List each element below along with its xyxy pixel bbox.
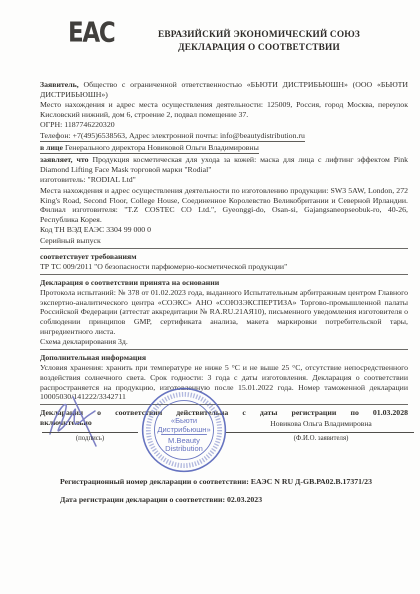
applicant-paragraph: Заявитель, Общество с ограниченной ответ… bbox=[40, 80, 408, 99]
document-header: ЕАС ЕВРАЗИЙСКИЙ ЭКОНОМИЧЕСКИЙ СОЮЗ ДЕКЛА… bbox=[40, 26, 408, 74]
signer-name-caption: (Ф.И.О. заявителя) bbox=[232, 434, 410, 444]
declares-label: заявляет, что bbox=[40, 155, 89, 164]
signature-caption: (подпись) bbox=[52, 434, 128, 444]
manufacturer-address: Места нахождения и адрес осуществления д… bbox=[40, 186, 408, 224]
product-paragraph: заявляет, что Продукция косметическая дл… bbox=[40, 155, 408, 174]
basis-heading: Декларация о соответствии принята на осн… bbox=[40, 278, 408, 288]
signature-line bbox=[42, 432, 138, 433]
stamp-text-1: «Бьюти bbox=[171, 416, 197, 425]
tnved-code: Код ТН ВЭД ЕАЭС 3304 99 000 0 bbox=[40, 225, 408, 235]
signer-full-name: Новикова Ольга Владимировна bbox=[232, 419, 410, 429]
declaration-scheme: Схема декларирования 3д. bbox=[40, 337, 408, 347]
director-name: Генерального директора Новиковой Ольги В… bbox=[65, 143, 259, 152]
regulation-line: ТР ТС 009/2011 "О безопасности парфюмерн… bbox=[40, 262, 408, 272]
separator-line bbox=[40, 247, 408, 249]
eac-conformity-mark: ЕАС bbox=[68, 28, 114, 38]
manufacturer-line: изготовитель: "RODIAL Ltd" bbox=[40, 175, 408, 185]
stamp-text-2: Дистрибьюшн» bbox=[157, 425, 210, 434]
registration-date-line: Дата регистрации декларации о соответств… bbox=[60, 495, 406, 505]
separator-line bbox=[40, 273, 408, 275]
complies-heading: соответствует требованиям bbox=[40, 252, 408, 262]
registration-number-line: Регистрационный номер декларации о соотв… bbox=[60, 477, 406, 487]
applicant-name: Общество с ограниченной ответственностью… bbox=[40, 80, 408, 99]
stamp-text-4: Distribution bbox=[165, 444, 203, 453]
document-title: ЕВРАЗИЙСКИЙ ЭКОНОМИЧЕСКИЙ СОЮЗ ДЕКЛАРАЦИ… bbox=[110, 29, 408, 54]
applicant-address: Место нахождения и адрес места осуществл… bbox=[40, 100, 408, 119]
declaration-document: ЕАС ЕВРАЗИЙСКИЙ ЭКОНОМИЧЕСКИЙ СОЮЗ ДЕКЛА… bbox=[0, 0, 420, 594]
applicant-ogrn: ОГРН: 1187746220320 bbox=[40, 120, 408, 130]
applicant-contacts: Телефон: +7(495)6538563, Адрес электронн… bbox=[40, 131, 305, 142]
product-description: Продукция косметическая для ухода за кож… bbox=[40, 155, 408, 174]
company-stamp: «Бьюти Дистрибьюшн» M.Beauty Distributio… bbox=[140, 386, 228, 474]
title-union: ЕВРАЗИЙСКИЙ ЭКОНОМИЧЕСКИЙ СОЮЗ bbox=[110, 29, 408, 42]
applicant-label: Заявитель, bbox=[40, 80, 79, 89]
basis-text: Протокола испытаний: № 378 от 01.02.2023… bbox=[40, 288, 408, 336]
director-prefix: в лице bbox=[40, 143, 63, 152]
separator-line bbox=[40, 348, 408, 350]
signature-block: «Бьюти Дистрибьюшн» M.Beauty Distributio… bbox=[40, 394, 408, 470]
additional-info-heading: Дополнительная информация bbox=[40, 353, 408, 363]
title-declaration: ДЕКЛАРАЦИЯ О СООТВЕТСТВИИ bbox=[110, 42, 408, 55]
serial-release: Серийный выпуск bbox=[40, 236, 408, 246]
director-paragraph: в лице Генерального директора Новиковой … bbox=[40, 143, 259, 154]
signer-name-line bbox=[226, 432, 414, 433]
